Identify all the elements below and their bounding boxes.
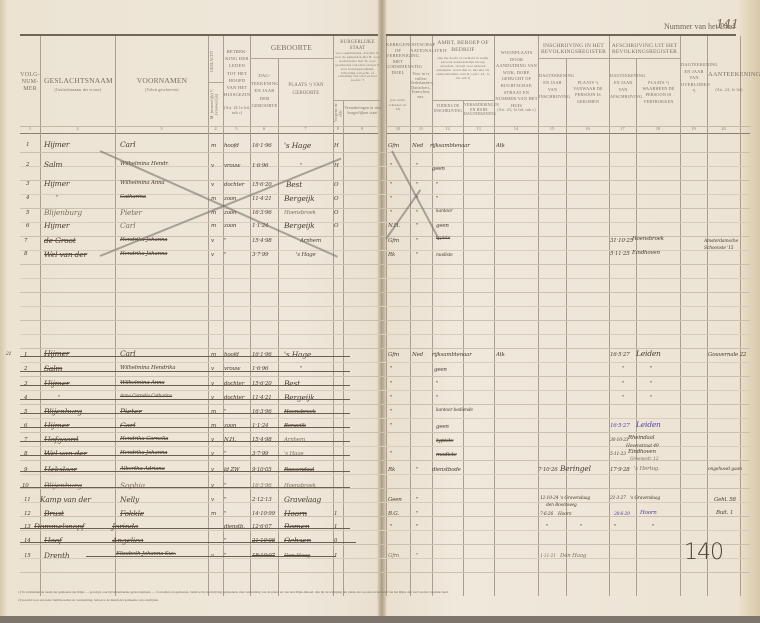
header-col-5: BETREK-KING DER LEDEN TOT HET HOOFD VAN …	[224, 48, 250, 98]
header-col-10: KERKGENOOTSCHAP OF VEREENIGING MET GODSD…	[386, 42, 410, 76]
header-col-9: Veranderingen in den burgerlijken staat	[344, 106, 381, 115]
given-names: Carl	[120, 140, 135, 149]
header-col-14: WOONPLAATS DOOR AANDUIDING VAN WIJK, DOR…	[495, 50, 538, 109]
header-col-5-sub: (Art. 24 1e lid, sub c)	[224, 106, 250, 115]
header-col-11: NATIONALITEIT	[410, 48, 432, 54]
header-col-14-sub: (Art. 24, 1e lid, sub c)	[495, 108, 538, 113]
footnote-1: 1) Te vermelden de naam der gemeente der…	[18, 590, 448, 594]
header-col-2-sub: (Geslachtsnaam der vrouw)	[44, 88, 112, 93]
header-col-15: DAGTEEKENING EN JAAR VAN INSCHRIJVING	[539, 72, 566, 100]
header-ambt-note: (Op het hoofd of vermeld in welke persoo…	[434, 56, 492, 80]
pencil-number: 140	[684, 540, 723, 565]
header-col-2: GESLACHTSNAAM	[44, 76, 112, 85]
header-col-7: PLAATS ¹) VAN GEBOORTE	[282, 82, 330, 97]
header-rule-right	[386, 133, 750, 134]
header-rule-left	[20, 133, 378, 134]
header-col-16: PLAATS ¹) VANWAAR DE PERSOON IS GEKOMEN	[567, 80, 609, 105]
header-inschrijving: INSCHRIJVING IN HET BEVOLKINGSREGISTER	[538, 43, 609, 55]
footnote-2: 2) Gevuld voor een ieder familie-leden t…	[18, 598, 159, 602]
surname: Hijmer	[44, 140, 69, 149]
header-col-18: PLAATS ¹) WAARHEEN DE PERSOON IS VERTROK…	[637, 80, 680, 105]
header-col-1: VOLG-NUM-MER	[18, 72, 42, 93]
header-col-4-sub: M. (mannelijk) V. (vrouwelijk)	[210, 86, 221, 122]
top-rule-left	[20, 34, 378, 36]
sheet-number-value: 141	[716, 17, 739, 31]
header-col-3: VOORNAMEN	[119, 76, 205, 85]
book-gutter	[378, 0, 386, 616]
header-col-20: AANTEEKENINGEN	[708, 70, 750, 79]
header-col-10-sub: (zie onder-scheiden art. 24)	[386, 98, 410, 112]
header-afschrijving: AFSCHRIJVING UIT HET BEVOLKINGSREGISTER	[609, 43, 680, 55]
header-burgerlijke-staat: BURGERLIJKE STAAT	[334, 40, 381, 51]
header-col-6: DAG-TEEKENING EN JAAR DER GEBOORTE	[251, 72, 278, 110]
header-col-13: VERANDERINGEN EN HARE DAGTEEKENING	[464, 103, 494, 117]
header-col-4: GESLACHT	[210, 42, 221, 80]
header-col-12: TIJDENS DE INSCHRIJVING	[433, 104, 463, 114]
scan-bottom-edge	[0, 616, 760, 623]
header-col-19: DAGTEEKENING EN JAAR VAN OVERLIJDEN ²)	[681, 62, 707, 95]
header-col-8: Volgens de akte	[334, 102, 343, 124]
header-col-20-sub: (Art. 24, 1e lid)	[708, 88, 750, 93]
header-col-3-sub: (Voluit geschreven)	[119, 88, 205, 93]
header-ambt: AMBT, BEROEP OF BEDRIJF	[432, 40, 494, 54]
top-rule-right	[386, 34, 736, 36]
header-geboorte: GEBOORTE	[250, 43, 333, 52]
header-burgerlijke-staat-note: voor ongehuwden, dan met O, voor de gehu…	[334, 52, 381, 83]
header-col-17: DAGTEEKENING EN JAAR VAN AFSCHRIJVING	[610, 72, 636, 100]
header-col-11-sub: Voor in te vullen: Nederlanders, Duitsch…	[410, 72, 432, 100]
